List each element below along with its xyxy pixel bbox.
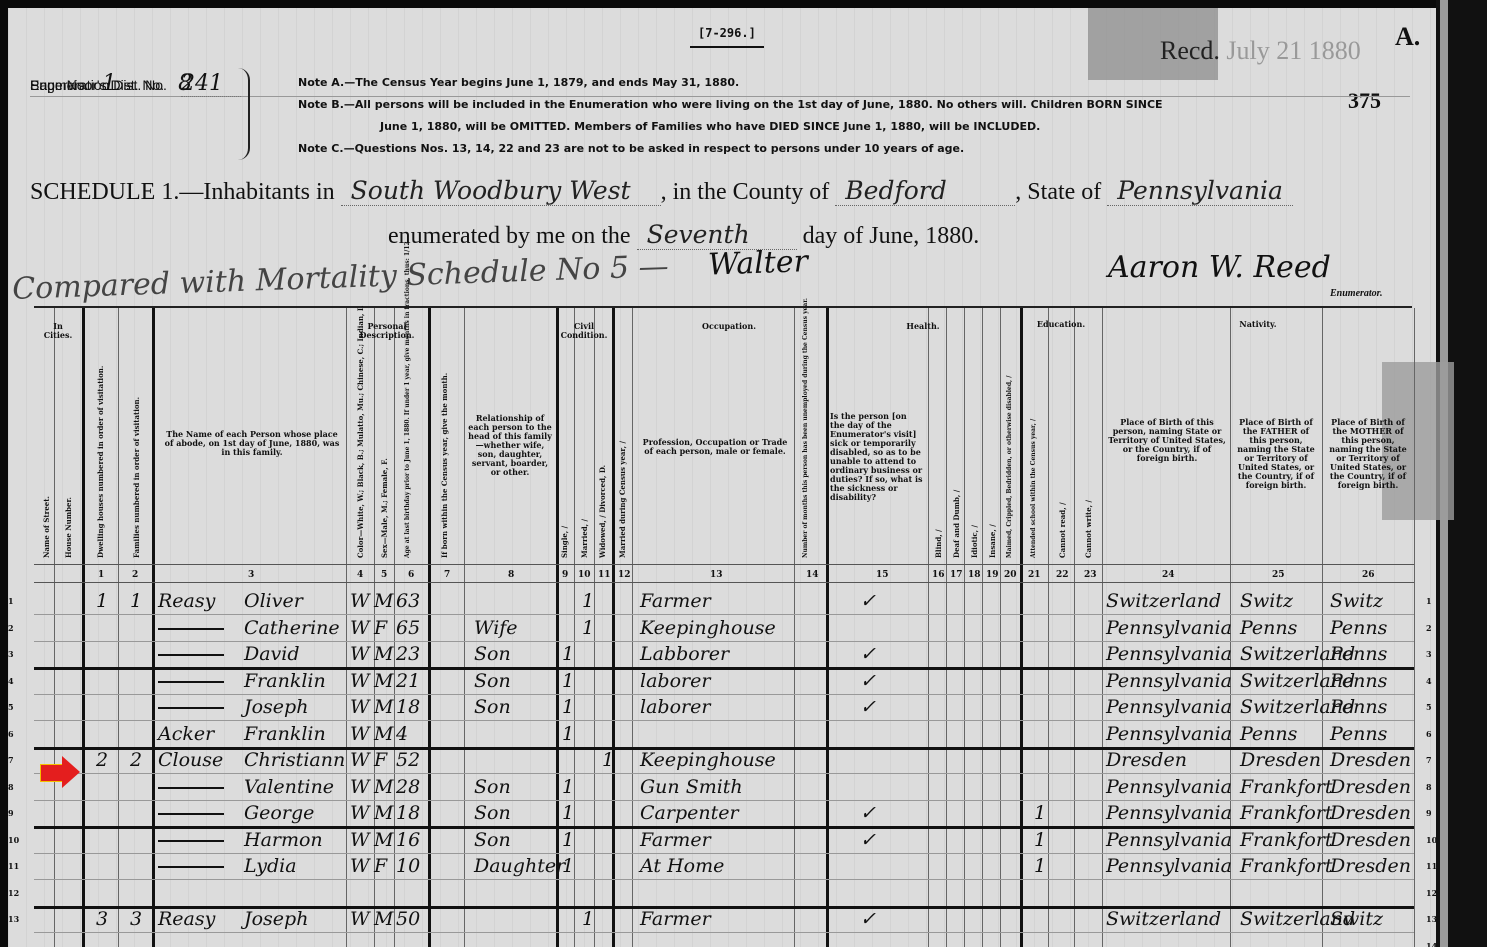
cell-age: 63 (396, 590, 420, 612)
cell-sex: F (374, 855, 387, 877)
cell-father: Frankfort (1240, 855, 1333, 877)
cell-age: 50 (396, 908, 420, 930)
cell-married: 1 (582, 590, 594, 612)
cell-occupation: Farmer (640, 590, 711, 612)
cell-color: W (350, 590, 370, 612)
cell-relation: Daughter (474, 855, 565, 877)
township: South Woodbury West (341, 176, 661, 206)
birth-mother-header: Place of Birth of the MOTHER of this per… (1326, 418, 1410, 490)
married-during-header: Married during Census year, / (618, 441, 627, 558)
note-a: Note A.—The Census Year begins June 1, 1… (298, 72, 1163, 94)
cell-sick: ✓ (860, 643, 876, 665)
note-b: Note B.—All persons will be included in … (298, 94, 1163, 116)
cell-age: 18 (396, 802, 420, 824)
cell-line: 5 (8, 702, 14, 712)
street-header: Name of Street. (42, 496, 51, 558)
nativity-header: Nativity. (1102, 320, 1414, 329)
cell-dwelling: 3 (96, 908, 108, 930)
state: Pennsylvania (1107, 176, 1293, 206)
cell-given: Joseph (244, 696, 308, 718)
occupation-header: Occupation. (634, 322, 824, 331)
cell-color: W (350, 855, 370, 877)
form-number: [7-296.] (690, 26, 764, 48)
cell-occupation: Farmer (640, 829, 711, 851)
right-line-number: 6 (1426, 729, 1432, 739)
sick-header: Is the person [on the day of the Enumera… (830, 412, 924, 502)
received-stamp: Recd. July 21 1880 (1160, 36, 1361, 66)
cell-single: 1 (562, 643, 574, 665)
cell-sex: M (374, 802, 393, 824)
health-header: Health. (826, 322, 1020, 331)
cannot-write-header: Cannot write, / (1084, 500, 1093, 558)
note-b-cont: June 1, 1880, will be OMITTED. Members o… (298, 116, 1163, 138)
cell-dwelling: 1 (96, 590, 108, 612)
cell-birth: Pennsylvania (1106, 776, 1232, 798)
cell-color: W (350, 776, 370, 798)
cell-sex: F (374, 749, 387, 771)
cell-given: Franklin (244, 670, 326, 692)
cell-age: 18 (396, 696, 420, 718)
house-header: House Number. (64, 497, 73, 558)
insane-header: Insane, / (988, 524, 997, 558)
table-row: 2CatherineWF65Wife1KeepinghousePennsylva… (34, 615, 1414, 642)
cell-family: 2 (130, 749, 142, 771)
color-header: Color—White, W.; Black, B.; Mulatto, Mu.… (356, 305, 365, 558)
cell-color: W (350, 643, 370, 665)
right-line-number: 13 (1426, 914, 1437, 924)
brace (238, 68, 250, 160)
table-row: 10HarmonWM16Son1Farmer✓1PennsylvaniaFran… (34, 827, 1414, 854)
cell-birth: Pennsylvania (1106, 855, 1232, 877)
cell-age: 28 (396, 776, 420, 798)
maimed-header: Maimed, Crippled, Bedridden, or otherwis… (1006, 376, 1013, 558)
cell-birth: Pennsylvania (1106, 643, 1232, 665)
cell-mother: Switz (1330, 590, 1383, 612)
cell-line: 3 (8, 649, 14, 659)
cell-line: 7 (8, 755, 14, 765)
cell-given: Joseph (244, 908, 308, 930)
cell-sex: M (374, 776, 393, 798)
cell-sick: ✓ (860, 696, 876, 718)
table-row: 11LydiaWF10Daughter1At Home1Pennsylvania… (34, 853, 1414, 880)
cell-single: 1 (562, 829, 574, 851)
cell-birth: Pennsylvania (1106, 670, 1232, 692)
cell-line: 11 (8, 861, 19, 871)
education-header: Education. (1020, 320, 1102, 329)
cell-color: W (350, 617, 370, 639)
cell-line: 4 (8, 676, 14, 686)
table-row: 1333ReasyJosephWM501Farmer✓SwitzerlandSw… (34, 906, 1414, 933)
cell-married: 1 (582, 617, 594, 639)
cell-sex: M (374, 670, 393, 692)
cell-line: 13 (8, 914, 19, 924)
cell-age: 10 (396, 855, 420, 877)
name-header: The Name of each Person whose place of a… (162, 430, 342, 457)
cell-mother: Penns (1330, 643, 1387, 665)
cell-given: Lydia (244, 855, 297, 877)
cell-line: 2 (8, 623, 14, 633)
enumeration-value: 241 (181, 71, 241, 97)
right-line-number: 4 (1426, 676, 1432, 686)
cell-father: Switz (1240, 590, 1293, 612)
table-row: 9GeorgeWM18Son1Carpenter✓1PennsylvaniaFr… (34, 800, 1414, 829)
months-unemployed-header: Number of months this person has been un… (802, 298, 809, 558)
table-row: 722ClouseChristiannWF521KeepinghouseDres… (34, 747, 1414, 774)
cell-relation: Son (474, 696, 511, 718)
cell-birth: Pennsylvania (1106, 617, 1232, 639)
cell-relation: Son (474, 802, 511, 824)
cell-dwelling: 2 (96, 749, 108, 771)
county: Bedford (835, 176, 1015, 206)
right-line-number: 11 (1426, 861, 1437, 871)
cell-mother: Dresden (1330, 749, 1411, 771)
cell-birth: Pennsylvania (1106, 829, 1232, 851)
cell-mother: Penns (1330, 617, 1387, 639)
cell-age: 21 (396, 670, 420, 692)
cell-sex: M (374, 723, 393, 745)
cell-birth: Pennsylvania (1106, 723, 1232, 745)
cell-occupation: Keepinghouse (640, 749, 776, 771)
cell-surname: Acker (158, 723, 214, 745)
cell-mother: Dresden (1330, 829, 1411, 851)
cell-line: 12 (8, 888, 19, 898)
cell-color: W (350, 723, 370, 745)
sex-header: Sex—Male, M.; Female, F. (380, 458, 389, 558)
table-row: 6AckerFranklinWM41PennsylvaniaPennsPenns… (34, 721, 1414, 750)
enumerator-label: Enumerator. (1330, 288, 1383, 299)
cell-given: Harmon (244, 829, 323, 851)
age-header: Age at last birthday prior to June 1, 18… (404, 241, 411, 558)
cell-age: 52 (396, 749, 420, 771)
cell-father: Frankfort (1240, 776, 1333, 798)
cell-occupation: Farmer (640, 908, 711, 930)
cell-sex: M (374, 590, 393, 612)
notes: Note A.—The Census Year begins June 1, 1… (298, 72, 1163, 160)
cell-given: David (244, 643, 300, 665)
relationship-header: Relationship of each person to the head … (466, 414, 554, 477)
cell-given: Valentine (244, 776, 334, 798)
right-line-number: 9 (1426, 808, 1432, 818)
cell-line: 6 (8, 729, 14, 739)
cell-father: Frankfort (1240, 829, 1333, 851)
cell-occupation: laborer (640, 670, 710, 692)
cell-given: George (244, 802, 314, 824)
cell-single: 1 (562, 802, 574, 824)
cell-occupation: Keepinghouse (640, 617, 776, 639)
idiotic-header: Idiotic, / (970, 525, 979, 558)
cell-relation: Son (474, 776, 511, 798)
cell-line: 9 (8, 808, 14, 818)
cell-given: Catherine (244, 617, 340, 639)
cell-line: 10 (8, 835, 19, 845)
enumeration-label: Enumeration Dist. No. (30, 70, 167, 101)
cell-birth: Pennsylvania (1106, 802, 1232, 824)
table-row: 5JosephWM18Son1laborer✓PennsylvaniaSwitz… (34, 694, 1414, 721)
cell-occupation: Gun Smith (640, 776, 743, 798)
cell-birth: Dresden (1106, 749, 1187, 771)
enumeration-date: enumerated by me on the Seventh day of J… (388, 220, 979, 250)
cell-sex: M (374, 908, 393, 930)
cell-sex: M (374, 829, 393, 851)
table-row: 8ValentineWM28Son1Gun SmithPennsylvaniaF… (34, 774, 1414, 801)
cell-given: Franklin (244, 723, 326, 745)
cell-given: Christiann (244, 749, 345, 771)
table-row: 1212 (34, 880, 1414, 909)
cell-age: 16 (396, 829, 420, 851)
cell-color: W (350, 802, 370, 824)
note-c: Note C.—Questions Nos. 13, 14, 22 and 23… (298, 138, 1163, 160)
civil-header: Civil Condition. (556, 322, 612, 340)
census-table: In Cities. Personal Description. Civil C… (34, 308, 1414, 947)
married-header: Married, / (580, 519, 589, 558)
cell-widowed: 1 (602, 749, 614, 771)
cell-mother: Penns (1330, 696, 1387, 718)
cell-birth: Switzerland (1106, 908, 1221, 930)
cell-given: Oliver (244, 590, 303, 612)
cell-single: 1 (562, 723, 574, 745)
dwelling-header: Dwelling houses numbered in order of vis… (96, 366, 105, 558)
cell-surname: Clouse (158, 749, 223, 771)
cell-mother: Dresden (1330, 802, 1411, 824)
single-header: Single, / (560, 526, 569, 558)
cell-relation: Son (474, 829, 511, 851)
right-line-number: 1 (1426, 596, 1432, 606)
cell-age: 4 (396, 723, 408, 745)
cell-birth: Switzerland (1106, 590, 1221, 612)
cell-sex: F (374, 617, 387, 639)
schedule-title: SCHEDULE 1.—Inhabitants in South Woodbur… (30, 176, 1293, 206)
cell-age: 23 (396, 643, 420, 665)
cell-father: Penns (1240, 617, 1297, 639)
table-row: 111ReasyOliverWM631Farmer✓SwitzerlandSwi… (34, 588, 1414, 615)
cell-line: 1 (8, 596, 14, 606)
cell-single: 1 (562, 696, 574, 718)
right-line-number: 2 (1426, 623, 1432, 633)
right-line-number: 5 (1426, 702, 1432, 712)
birth-father-header: Place of Birth of the FATHER of this per… (1234, 418, 1318, 490)
cell-sex: M (374, 696, 393, 718)
families-header: Families numbered in order of visitation… (132, 397, 141, 558)
cell-single: 1 (562, 855, 574, 877)
cell-color: W (350, 696, 370, 718)
right-line-number: 10 (1426, 835, 1437, 845)
deaf-header: Deaf and Dumb, / (952, 490, 961, 558)
cell-color: W (350, 670, 370, 692)
table-row: 3DavidWM23Son1Labborer✓PennsylvaniaSwitz… (34, 641, 1414, 670)
cell-occupation: Carpenter (640, 802, 739, 824)
cell-occupation: laborer (640, 696, 710, 718)
cell-sick: ✓ (860, 590, 876, 612)
cell-birth: Pennsylvania (1106, 696, 1232, 718)
cell-sick: ✓ (860, 908, 876, 930)
cell-father: Frankfort (1240, 802, 1333, 824)
cell-relation: Wife (474, 617, 518, 639)
right-line-number: 3 (1426, 649, 1432, 659)
right-line-number: 7 (1426, 755, 1432, 765)
cell-father: Dresden (1240, 749, 1321, 771)
cell-surname: Reasy (158, 908, 215, 930)
cell-single: 1 (562, 670, 574, 692)
table-row: 4FranklinWM21Son1laborer✓PennsylvaniaSwi… (34, 668, 1414, 695)
cell-relation: Son (474, 670, 511, 692)
cell-mother: Dresden (1330, 776, 1411, 798)
cell-mother: Switz (1330, 908, 1383, 930)
cell-school: 1 (1034, 802, 1046, 824)
born-within-header: If born within the Census year, give the… (440, 373, 449, 558)
cell-mother: Penns (1330, 670, 1387, 692)
cell-color: W (350, 749, 370, 771)
right-line-number: 8 (1426, 782, 1432, 792)
corner-letter: A. (1395, 22, 1420, 52)
cell-sick: ✓ (860, 802, 876, 824)
cell-father: Penns (1240, 723, 1297, 745)
cell-married: 1 (582, 908, 594, 930)
cell-sick: ✓ (860, 829, 876, 851)
cell-family: 3 (130, 908, 142, 930)
cannot-read-header: Cannot read, / (1058, 502, 1067, 558)
cell-sex: M (374, 643, 393, 665)
cell-relation: Son (474, 643, 511, 665)
widowed-header: Widowed, / Divorced, D. (598, 465, 607, 558)
cell-single: 1 (562, 776, 574, 798)
cell-sick: ✓ (860, 670, 876, 692)
in-cities-header: In Cities. (38, 322, 78, 340)
cell-surname: Reasy (158, 590, 215, 612)
cell-occupation: At Home (640, 855, 724, 877)
enumerator-signature: Aaron W. Reed (1108, 250, 1331, 285)
profession-header: Profession, Occupation or Trade of each … (638, 438, 792, 456)
attended-header: Attended school within the Census year, … (1030, 419, 1037, 558)
blind-header: Blind, / (934, 529, 943, 558)
birth-person-header: Place of Birth of this person, naming St… (1106, 418, 1228, 463)
cell-age: 65 (396, 617, 420, 639)
cell-color: W (350, 829, 370, 851)
cell-family: 1 (130, 590, 142, 612)
cell-line: 8 (8, 782, 14, 792)
right-line-number: 12 (1426, 888, 1437, 898)
cell-school: 1 (1034, 855, 1046, 877)
cell-color: W (350, 908, 370, 930)
cell-mother: Dresden (1330, 855, 1411, 877)
cell-occupation: Labborer (640, 643, 729, 665)
cell-mother: Penns (1330, 723, 1387, 745)
cell-school: 1 (1034, 829, 1046, 851)
right-line-number: 14 (1426, 941, 1437, 947)
